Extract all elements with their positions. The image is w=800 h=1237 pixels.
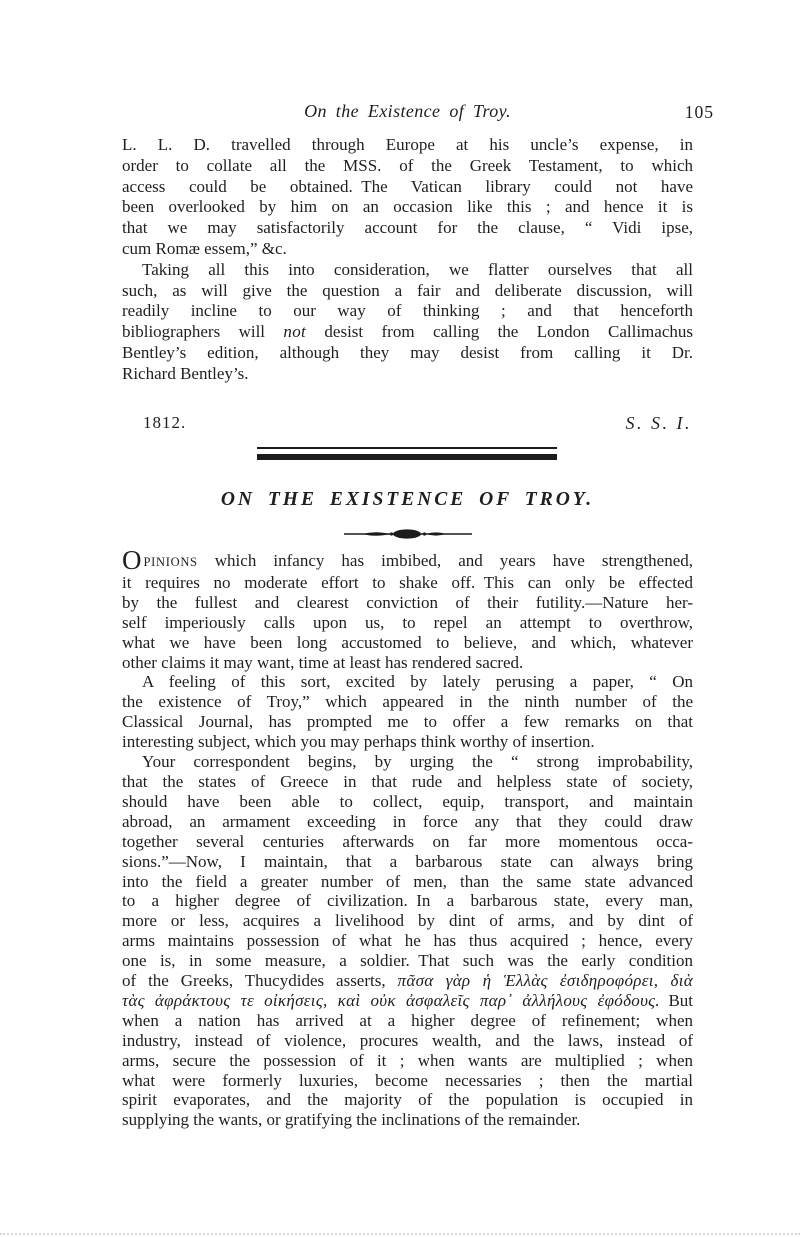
paragraph: Taking all this into consideration, we f… — [122, 260, 693, 385]
text-line: Richard Bentley’s. — [122, 364, 693, 385]
small-caps-text: PINIONS — [144, 555, 198, 569]
section-title: ON THE EXISTENCE OF TROY. — [122, 489, 693, 511]
running-header-title: On the Existence of Troy. — [122, 101, 693, 122]
new-article-text: OPINIONS which infancy has imbibed, and … — [122, 551, 693, 1130]
book-page: On the Existence of Troy. 105 L. L. D. t… — [0, 0, 800, 1237]
text-line: arms maintains possession of what he has… — [122, 931, 693, 951]
text-line: Bentley’s edition, although they may des… — [122, 343, 693, 364]
running-header: On the Existence of Troy. 105 — [122, 101, 693, 122]
text-line: such, as will give the question a fair a… — [122, 281, 693, 302]
text-line: spirit evaporates, and the majority of t… — [122, 1090, 693, 1110]
text-line: by the fullest and clearest conviction o… — [122, 593, 693, 613]
text-line: what were formerly luxuries, become nece… — [122, 1071, 693, 1091]
text-line: been overlooked by him on an occasion li… — [122, 197, 693, 218]
text-line: Classical Journal, has prompted me to of… — [122, 712, 693, 732]
paragraph: A feeling of this sort, excited by latel… — [122, 672, 693, 752]
text-line: to a higher degree of civilization. In a… — [122, 891, 693, 911]
signature-year: 1812. — [143, 413, 186, 432]
text-line: bibliographers will not desist from call… — [122, 322, 693, 343]
paragraph: Your correspondent begins, by urging the… — [122, 752, 693, 1130]
text-line: interesting subject, which you may perha… — [122, 732, 693, 752]
text-line: together several centuries afterwards on… — [122, 832, 693, 852]
text-line: access could be obtained. The Vatican li… — [122, 177, 693, 198]
paragraph: OPINIONS which infancy has imbibed, and … — [122, 551, 693, 672]
text-line: OPINIONS which infancy has imbibed, and … — [122, 551, 693, 573]
text-line: one is, in some measure, a soldier. That… — [122, 951, 693, 971]
text-line: Your correspondent begins, by urging the… — [122, 752, 693, 772]
text-block: On the Existence of Troy. 105 L. L. D. t… — [122, 0, 693, 1237]
text-line: when a nation has arrived at a higher de… — [122, 1011, 693, 1031]
text-line: more or less, acquires a livelihood by d… — [122, 911, 693, 931]
text-line: that the states of Greece in that rude a… — [122, 772, 693, 792]
text-line: self imperiously calls upon us, to repel… — [122, 613, 693, 633]
ending-article-text: L. L. D. travelled through Europe at his… — [122, 135, 693, 385]
text-line: A feeling of this sort, excited by latel… — [122, 672, 693, 692]
text-line: arms, secure the possession of it ; when… — [122, 1051, 693, 1071]
signature-row: 1812. S. S. I. — [122, 413, 693, 435]
scan-edge-artifact — [0, 1233, 800, 1235]
text-line: cum Romæ essem,” &c. — [122, 239, 693, 260]
text-line: of the Greeks, Thucydides asserts, πᾶσα … — [122, 971, 693, 991]
text-line: industry, instead of violence, procures … — [122, 1031, 693, 1051]
text-line: the existence of Troy,” which appeared i… — [122, 692, 693, 712]
drop-cap-letter: O — [122, 545, 144, 575]
signature-initials: S. S. I. — [626, 413, 693, 434]
text-line: that we may satisfactorily account for t… — [122, 218, 693, 239]
text-line: sions.”—Now, I maintain, that a barbarou… — [122, 852, 693, 872]
text-line: readily incline to our way of thinking ;… — [122, 301, 693, 322]
text-line: it requires no moderate effort to shake … — [122, 573, 693, 593]
paragraph: L. L. D. travelled through Europe at his… — [122, 135, 693, 260]
text-line: what we have been long accustomed to bel… — [122, 633, 693, 653]
text-line: abroad, an armament exceeding in force a… — [122, 812, 693, 832]
text-line: supplying the wants, or gratifying the i… — [122, 1110, 693, 1130]
text-line: into the field a greater number of men, … — [122, 872, 693, 892]
text-line: Taking all this into consideration, we f… — [122, 260, 693, 281]
text-line: order to collate all the MSS. of the Gre… — [122, 156, 693, 177]
fleuron-ornament-icon — [122, 526, 693, 547]
double-rule-divider-icon — [257, 447, 557, 460]
text-line: L. L. D. travelled through Europe at his… — [122, 135, 693, 156]
text-line: should have been able to collect, equip,… — [122, 792, 693, 812]
page-number: 105 — [685, 102, 714, 123]
text-line: τὰς ἀφράκτους τε οἰκήσεις, καὶ οὐκ ἀσφαλ… — [122, 991, 693, 1011]
text-line: other claims it may want, time at least … — [122, 653, 693, 673]
